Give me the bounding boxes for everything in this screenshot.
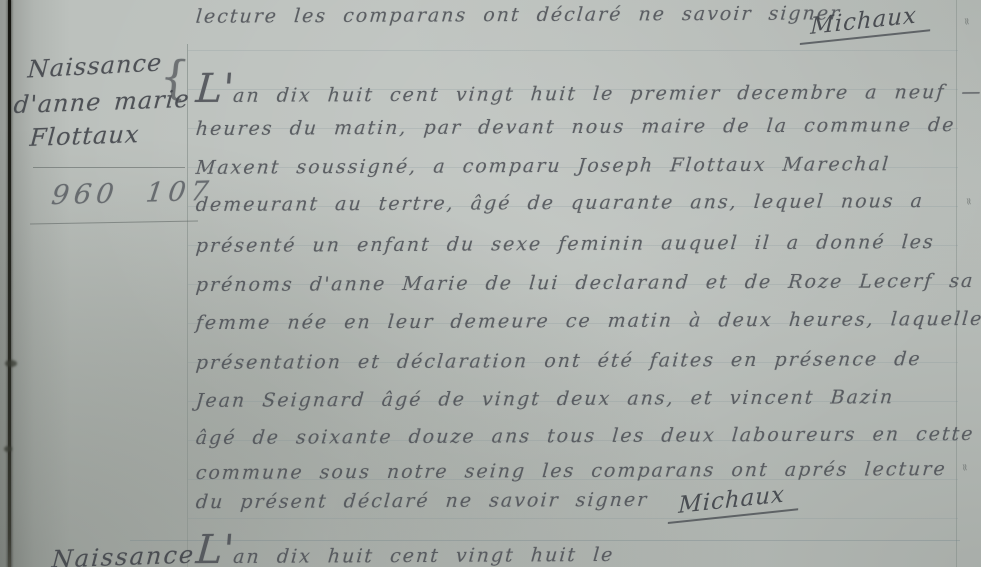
next-entry-first-line: L'an dix huit cent vingt huit le (195, 537, 616, 567)
act-text-line: demeurant au tertre, âgé de quarante ans… (195, 190, 925, 216)
register-page-scan: lecture les comparans ont déclaré ne sav… (0, 0, 981, 567)
margin-underline (30, 221, 198, 225)
margin-underline (33, 167, 185, 168)
act-text-line: L'an dix huit cent vingt huit le premier… (195, 74, 981, 107)
page-edge-mark: ≈ (962, 196, 974, 206)
act-text-line: heures du matin, par devant nous maire d… (195, 114, 956, 140)
act-text-line: présenté un enfant du sexe feminin auque… (195, 231, 936, 257)
act-text-line: Maxent soussigné, a comparu Joseph Flott… (195, 153, 891, 179)
ink-blot (5, 360, 17, 367)
page-edge-mark: ≈ (960, 16, 972, 26)
act-text-line: Jean Seignard âgé de vingt deux ans, et … (195, 386, 895, 412)
act-text-line: présentation et déclaration ont été fait… (195, 348, 923, 374)
margin-brace-flourish: { (157, 49, 192, 106)
entry-number: 960 107 (50, 176, 215, 211)
binding-edge-line (8, 0, 11, 567)
previous-entry-closing-line: lecture les comparans ont déclaré ne sav… (195, 2, 842, 27)
page-edge-mark: ≈ (958, 462, 970, 472)
ink-blot (4, 446, 12, 452)
margin-title-surname: Flottaux (29, 120, 141, 152)
act-text-line: commune sous notre seing les comparans o… (195, 458, 948, 484)
act-text-line: femme née en leur demeure ce matin à deu… (195, 308, 981, 334)
act-text-line: âgé de soixante douze ans tous les deux … (195, 423, 976, 449)
margin-title-naissance: Naissance (27, 49, 163, 84)
next-entry-margin-label: Naissance (51, 541, 196, 567)
act-text-line: du présent déclaré ne savoir signer (195, 489, 649, 513)
act-text-line: prénoms d'anne Marie de lui declarand et… (195, 270, 975, 296)
